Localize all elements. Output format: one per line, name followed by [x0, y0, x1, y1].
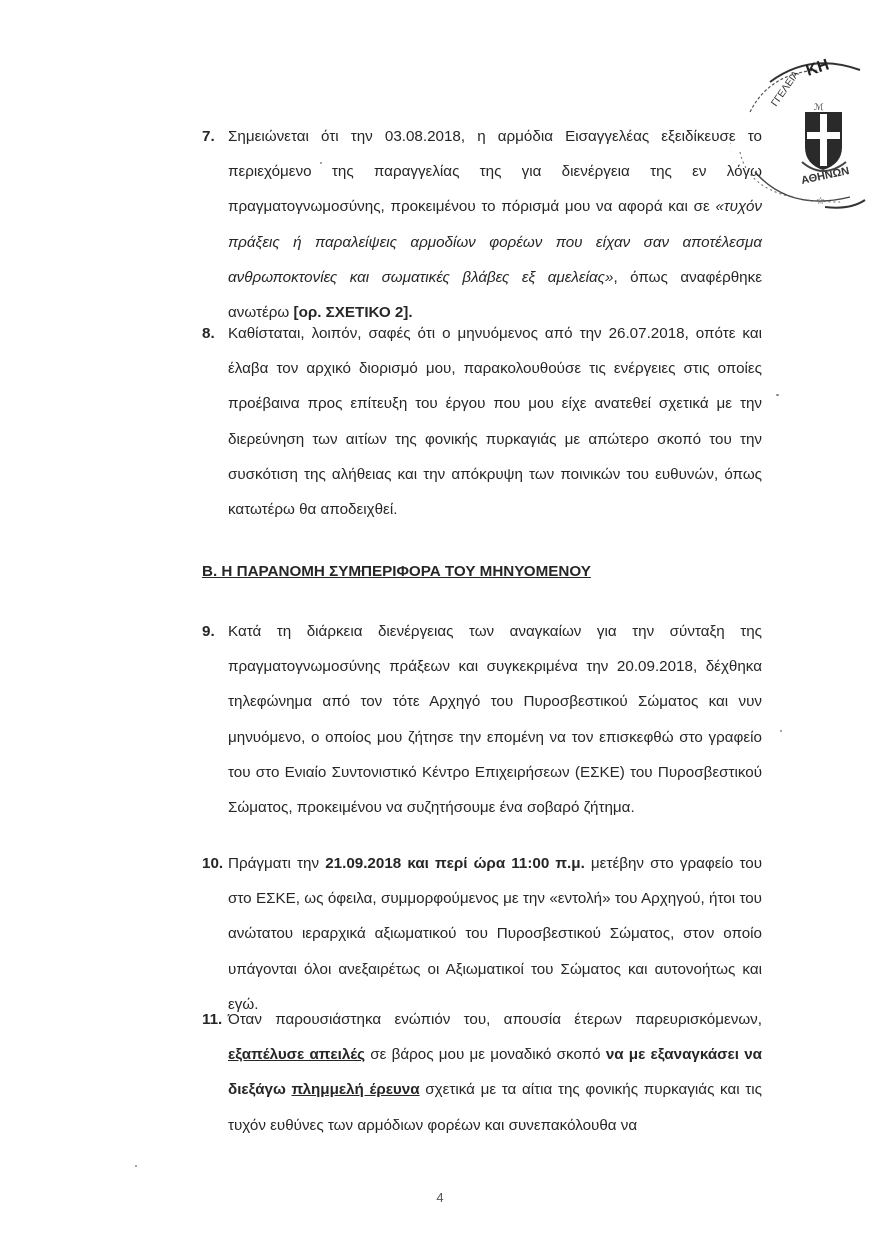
text-segment: Σημειώνεται ότι την 03.08.2018, η αρμόδι…: [228, 128, 762, 215]
paragraph-7: 7. Σημειώνεται ότι την 03.08.2018, η αρμ…: [202, 119, 762, 330]
paragraph-9: 9. Κατά τη διάρκεια διενέργειας των αναγ…: [202, 614, 762, 825]
paragraph-body: Καθίσταται, λοιπόν, σαφές ότι ο μηνυόμεν…: [228, 316, 762, 527]
paragraph-11: 11. Όταν παρουσιάστηκα ενώπιόν του, απου…: [202, 1002, 762, 1143]
document-page: ΚΗ ΓΓΕΛΕΙΑ ΑΘΗΝΩΝ ℳ ☆ : ∴ : 7. Σημειώνετ…: [0, 0, 880, 1243]
text-segment: Κατά τη διάρκεια διενέργειας των αναγκαί…: [228, 623, 762, 816]
svg-text:ΚΗ: ΚΗ: [804, 56, 831, 79]
svg-text:☆: ☆: [816, 196, 825, 207]
paragraph-number: 10.: [202, 846, 223, 881]
paragraph-body: Πράγματι την 21.09.2018 και περί ώρα 11:…: [228, 846, 762, 1022]
svg-text:ℳ: ℳ: [814, 102, 824, 112]
text-segment: Όταν παρουσιάστηκα ενώπιόν του, απουσία …: [228, 1011, 762, 1028]
paragraph-body: Όταν παρουσιάστηκα ενώπιόν του, απουσία …: [228, 1002, 762, 1143]
emphasized-threats: εξαπέλυσε απειλές: [228, 1046, 365, 1063]
paragraph-body: Κατά τη διάρκεια διενέργειας των αναγκαί…: [228, 614, 762, 825]
text-segment: σε βάρος μου με μοναδικό σκοπό: [365, 1046, 606, 1063]
scan-speck: [780, 730, 782, 732]
paragraph-number: 11.: [202, 1002, 222, 1037]
text-segment: Καθίσταται, λοιπόν, σαφές ότι ο μηνυόμεν…: [228, 325, 762, 518]
section-heading: Β. Η ΠΑΡΑΝΟΜΗ ΣΥΜΠΕΡΙΦΟΡΑ ΤΟΥ ΜΗΝΥΟΜΕΝΟΥ: [202, 563, 591, 580]
text-segment: Πράγματι την: [228, 855, 325, 872]
paragraph-8: 8. Καθίσταται, λοιπόν, σαφές ότι ο μηνυό…: [202, 316, 762, 527]
scan-speck: [135, 1165, 137, 1167]
paragraph-body: Σημειώνεται ότι την 03.08.2018, η αρμόδι…: [228, 119, 762, 330]
scan-speck: [776, 394, 779, 396]
paragraph-number: 7.: [202, 119, 215, 154]
paragraph-number: 9.: [202, 614, 215, 649]
emphasized-flawed-investigation: πλημμελή έρευνα: [292, 1081, 420, 1098]
paragraph-10: 10. Πράγματι την 21.09.2018 και περί ώρα…: [202, 846, 762, 1022]
page-number: 4: [0, 1190, 880, 1205]
paragraph-number: 8.: [202, 316, 215, 351]
text-segment: μετέβην στο γραφείο του στο ΕΣΚΕ, ως όφε…: [228, 855, 762, 1013]
svg-text:ΓΓΕΛΕΙΑ: ΓΓΕΛΕΙΑ: [769, 69, 801, 109]
emphasized-date-time: 21.09.2018 και περί ώρα 11:00 π.μ.: [325, 855, 585, 872]
